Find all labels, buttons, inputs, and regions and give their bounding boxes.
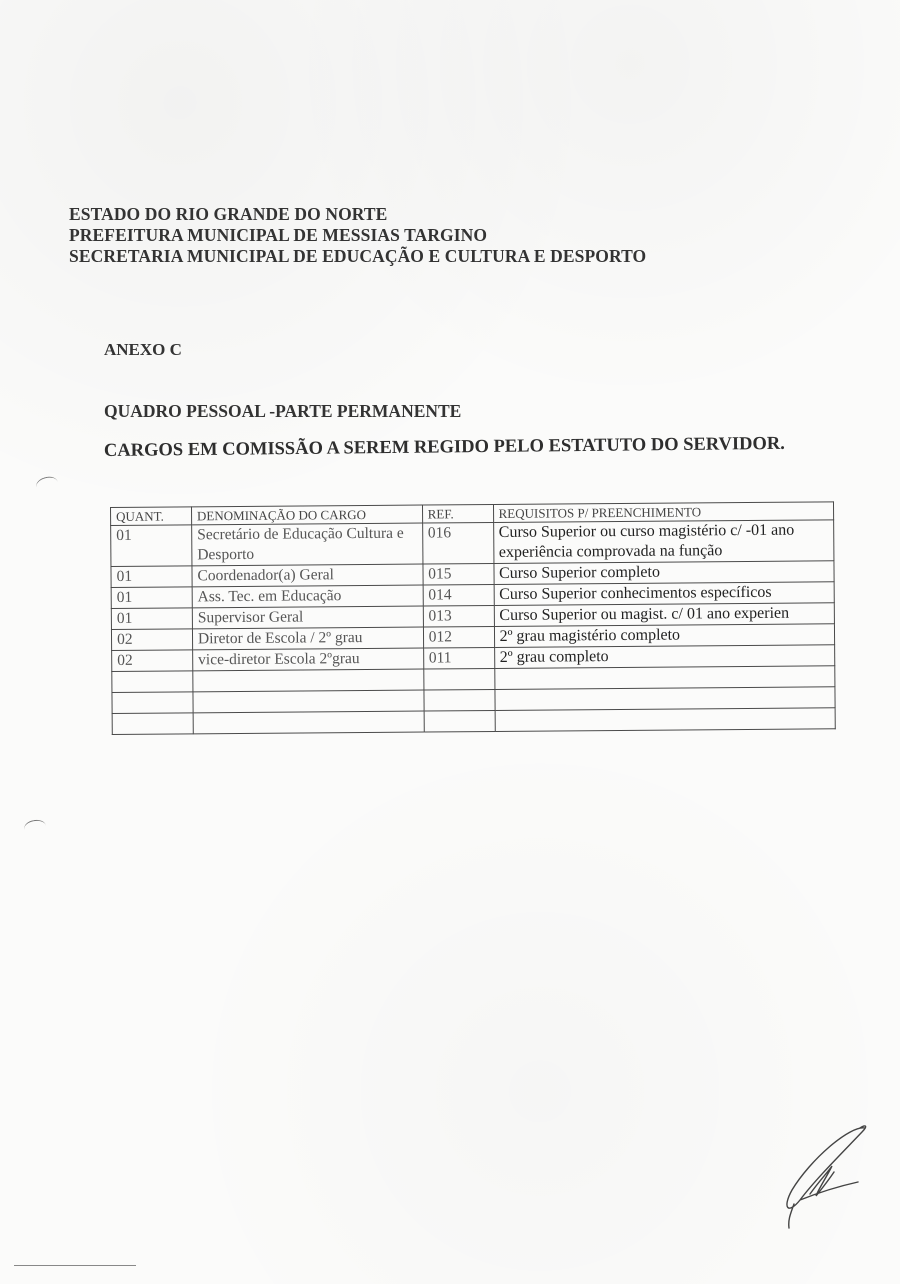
cell-requisitos: 2º grau magistério completo <box>494 624 835 648</box>
section-title: QUADRO PESSOAL -PARTE PERMANENTE <box>104 401 461 422</box>
annex-title: ANEXO C <box>104 340 182 360</box>
cell-quant: 01 <box>111 608 192 630</box>
positions-table: QUANT. DENOMINAÇÃO DO CARGO REF. REQUISI… <box>110 501 836 735</box>
cell-cargo: Secretário de Educação Cultura e Desport… <box>192 523 423 566</box>
cell-requisitos <box>494 666 835 690</box>
cell-requisitos <box>494 687 835 711</box>
table-row: 01Secretário de Educação Cultura e Despo… <box>111 520 834 567</box>
cell-ref <box>424 710 495 732</box>
subtitle: CARGOS EM COMISSÃO A SEREM REGIDO PELO E… <box>104 434 785 462</box>
cell-cargo <box>193 711 424 734</box>
cell-ref: 015 <box>423 563 494 585</box>
punch-hole-mark <box>34 474 59 494</box>
cell-quant: 02 <box>111 629 192 651</box>
cell-cargo: Supervisor Geral <box>192 606 423 629</box>
column-header-quant: QUANT. <box>111 507 192 526</box>
cell-ref: 012 <box>423 626 494 648</box>
document-header: ESTADO DO RIO GRANDE DO NORTE PREFEITURA… <box>69 204 646 267</box>
cell-quant: 01 <box>111 525 192 567</box>
table-row <box>112 708 835 735</box>
cell-requisitos: Curso Superior conhecimentos específicos <box>494 582 835 606</box>
signature-icon <box>770 1120 880 1230</box>
cell-requisitos: Curso Superior ou magist. c/ 01 ano expe… <box>494 603 835 627</box>
cell-requisitos <box>495 708 836 732</box>
header-municipality: PREFEITURA MUNICIPAL DE MESSIAS TARGINO <box>69 225 646 246</box>
header-state: ESTADO DO RIO GRANDE DO NORTE <box>69 204 646 225</box>
cell-ref <box>423 668 494 690</box>
cell-quant: 01 <box>111 566 192 588</box>
cell-cargo: Coordenador(a) Geral <box>192 564 423 587</box>
cell-cargo <box>193 669 424 692</box>
header-secretariat: SECRETARIA MUNICIPAL DE EDUCAÇÃO E CULTU… <box>69 246 646 267</box>
cell-ref: 014 <box>423 584 494 606</box>
cell-quant <box>112 713 193 735</box>
punch-hole-mark <box>23 818 47 837</box>
cell-ref: 016 <box>422 522 493 564</box>
cell-quant <box>112 671 193 693</box>
edge-line-mark <box>14 1265 136 1266</box>
cell-cargo: Ass. Tec. em Educação <box>192 585 423 608</box>
cell-requisitos: 2º grau completo <box>494 645 835 669</box>
cell-requisitos: Curso Superior completo <box>493 561 834 585</box>
cell-requisitos: Curso Superior ou curso magistério c/ -0… <box>493 520 834 564</box>
column-header-ref: REF. <box>422 504 493 523</box>
cell-cargo: vice-diretor Escola 2ºgrau <box>193 648 424 671</box>
cell-cargo <box>193 690 424 713</box>
cell-cargo: Diretor de Escola / 2º grau <box>192 627 423 650</box>
cell-quant <box>112 692 193 714</box>
cell-ref: 011 <box>423 647 494 669</box>
column-header-cargo: DENOMINAÇÃO DO CARGO <box>191 505 422 525</box>
cell-ref <box>424 689 495 711</box>
cell-quant: 01 <box>111 587 192 609</box>
cell-ref: 013 <box>423 605 494 627</box>
cell-quant: 02 <box>112 650 193 672</box>
